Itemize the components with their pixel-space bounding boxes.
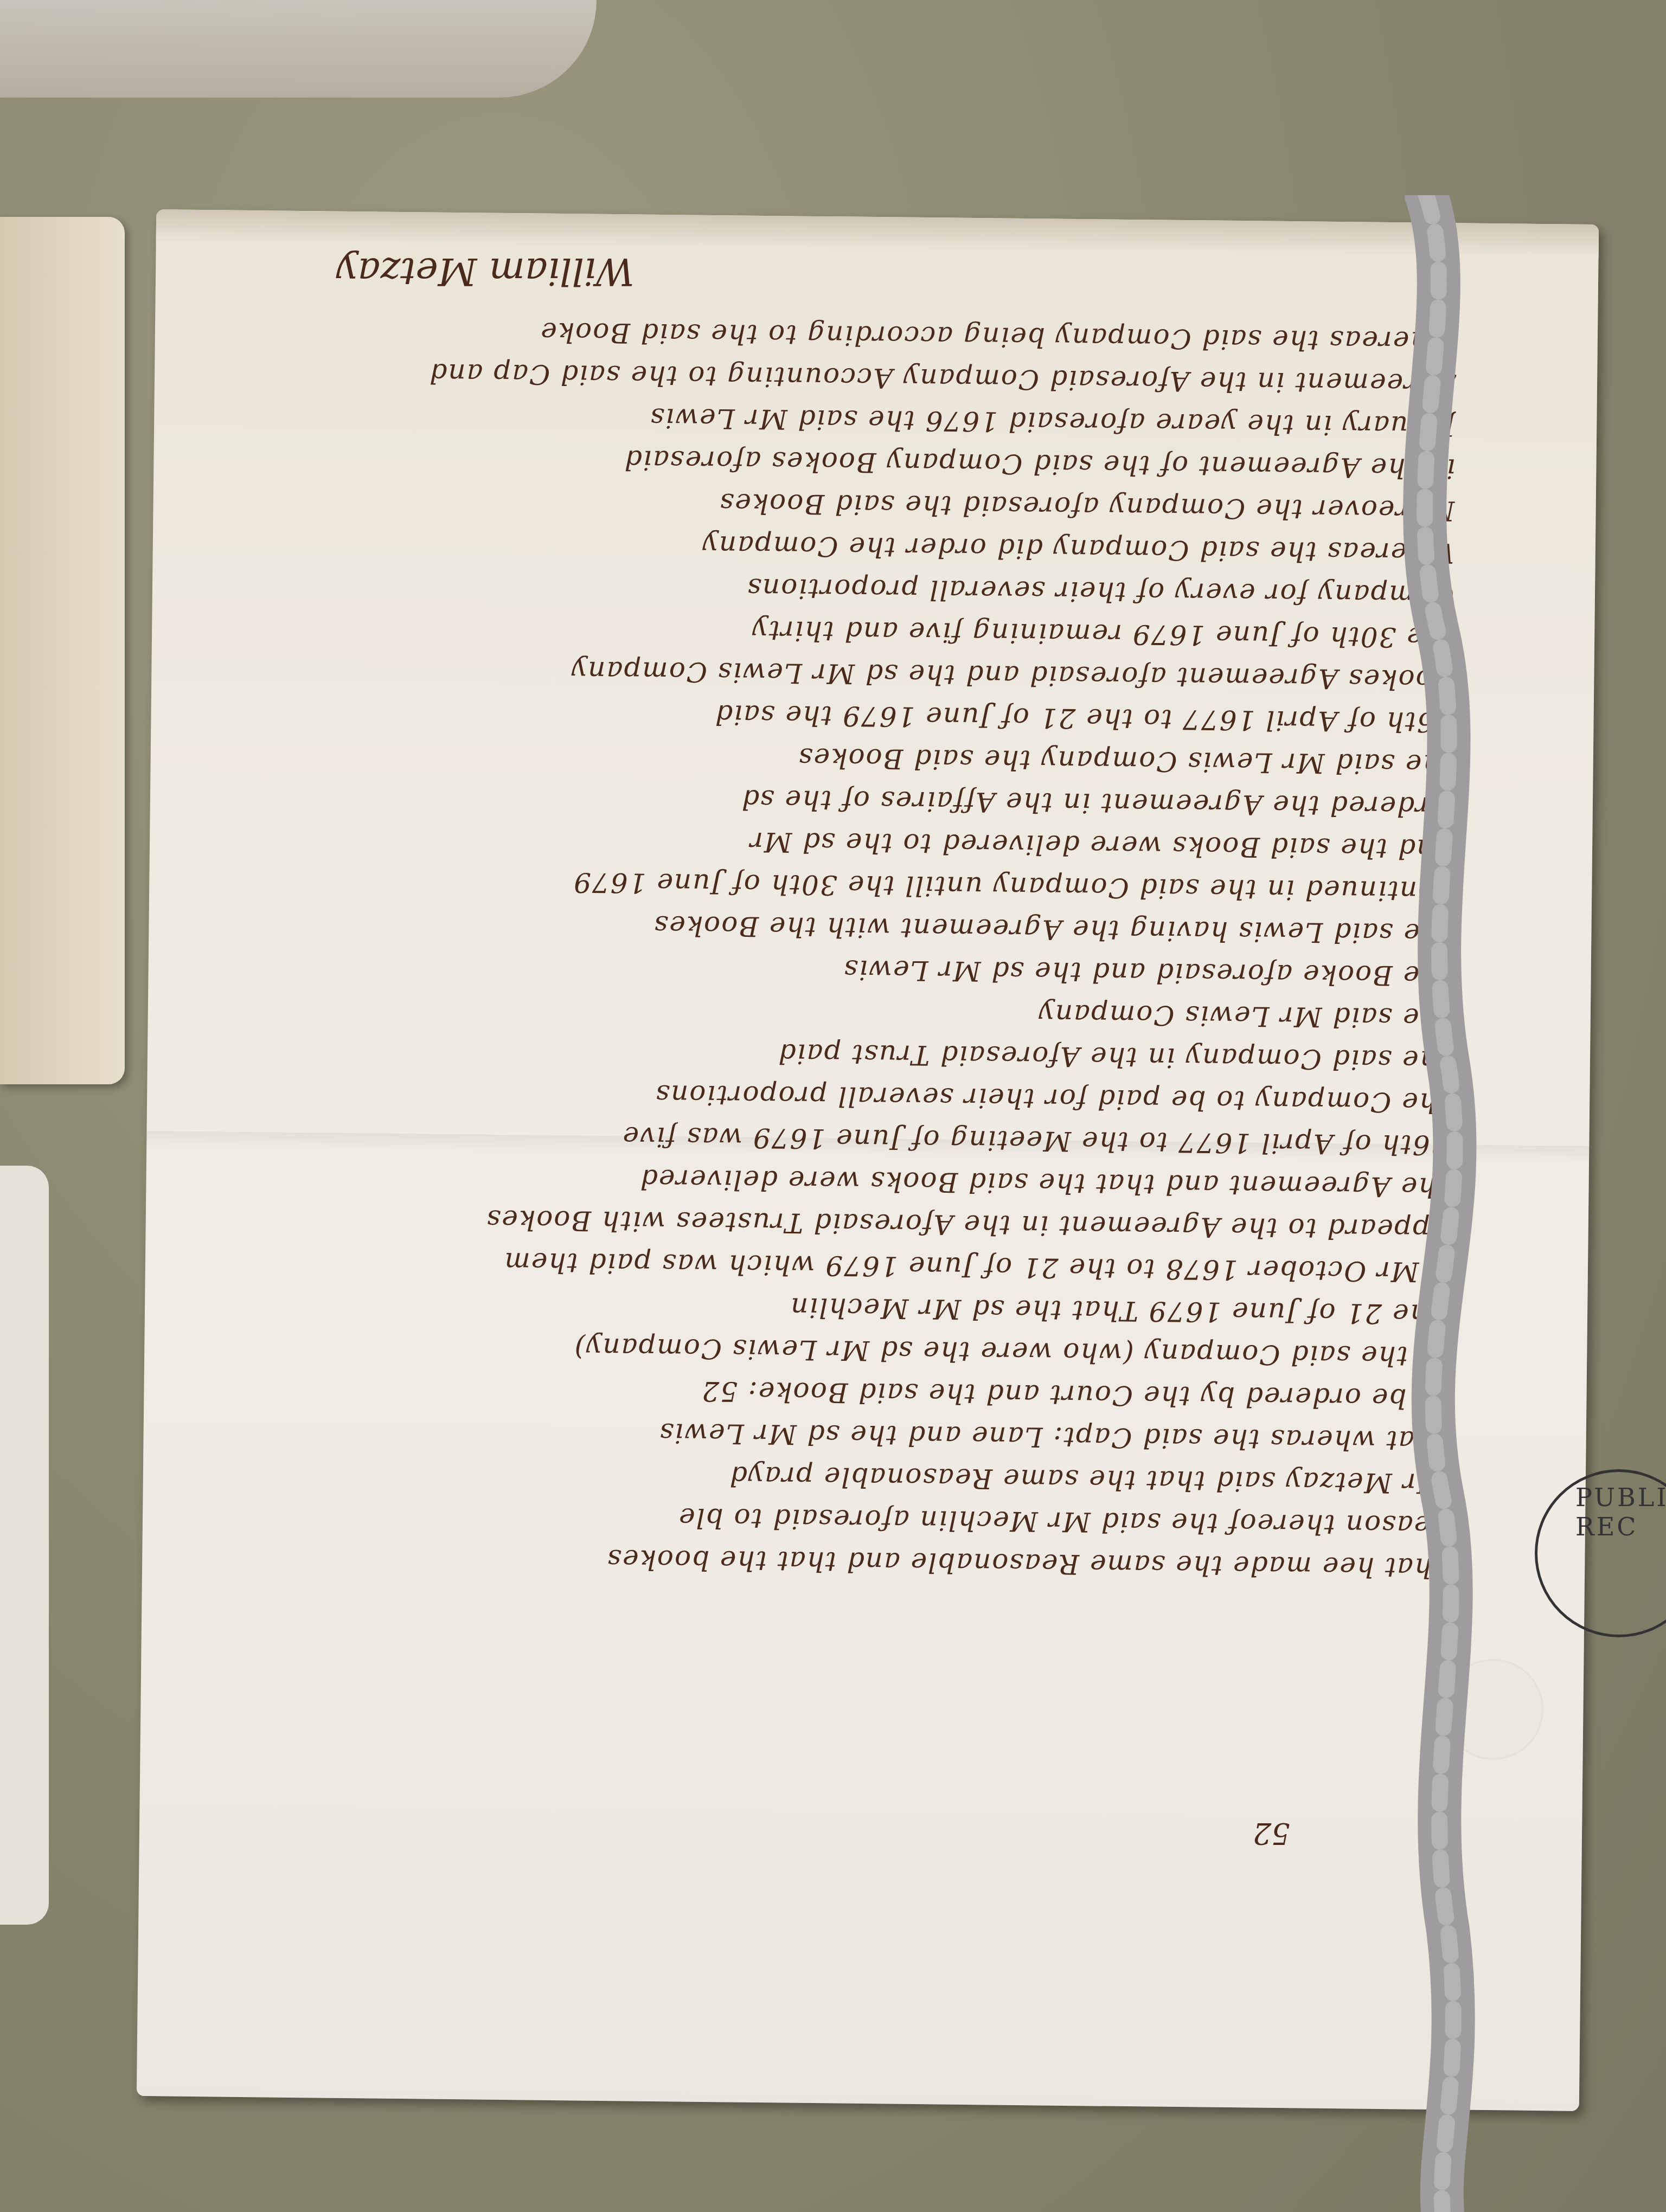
adjacent-page-left [0,217,125,1084]
folio-number: 52 [1253,1816,1290,1850]
manuscript-page: that hee made the same Reasonable and th… [137,209,1599,2111]
adjacent-page-left-lower [0,1166,49,1925]
stamp-text: PUBLIC REC [1575,1483,1666,1541]
binding-cord [1388,195,1491,2212]
signature: William Metzay [336,249,635,294]
manuscript-text-block: that hee made the same Reasonable and th… [185,307,1457,1589]
foreground-object [0,0,597,98]
